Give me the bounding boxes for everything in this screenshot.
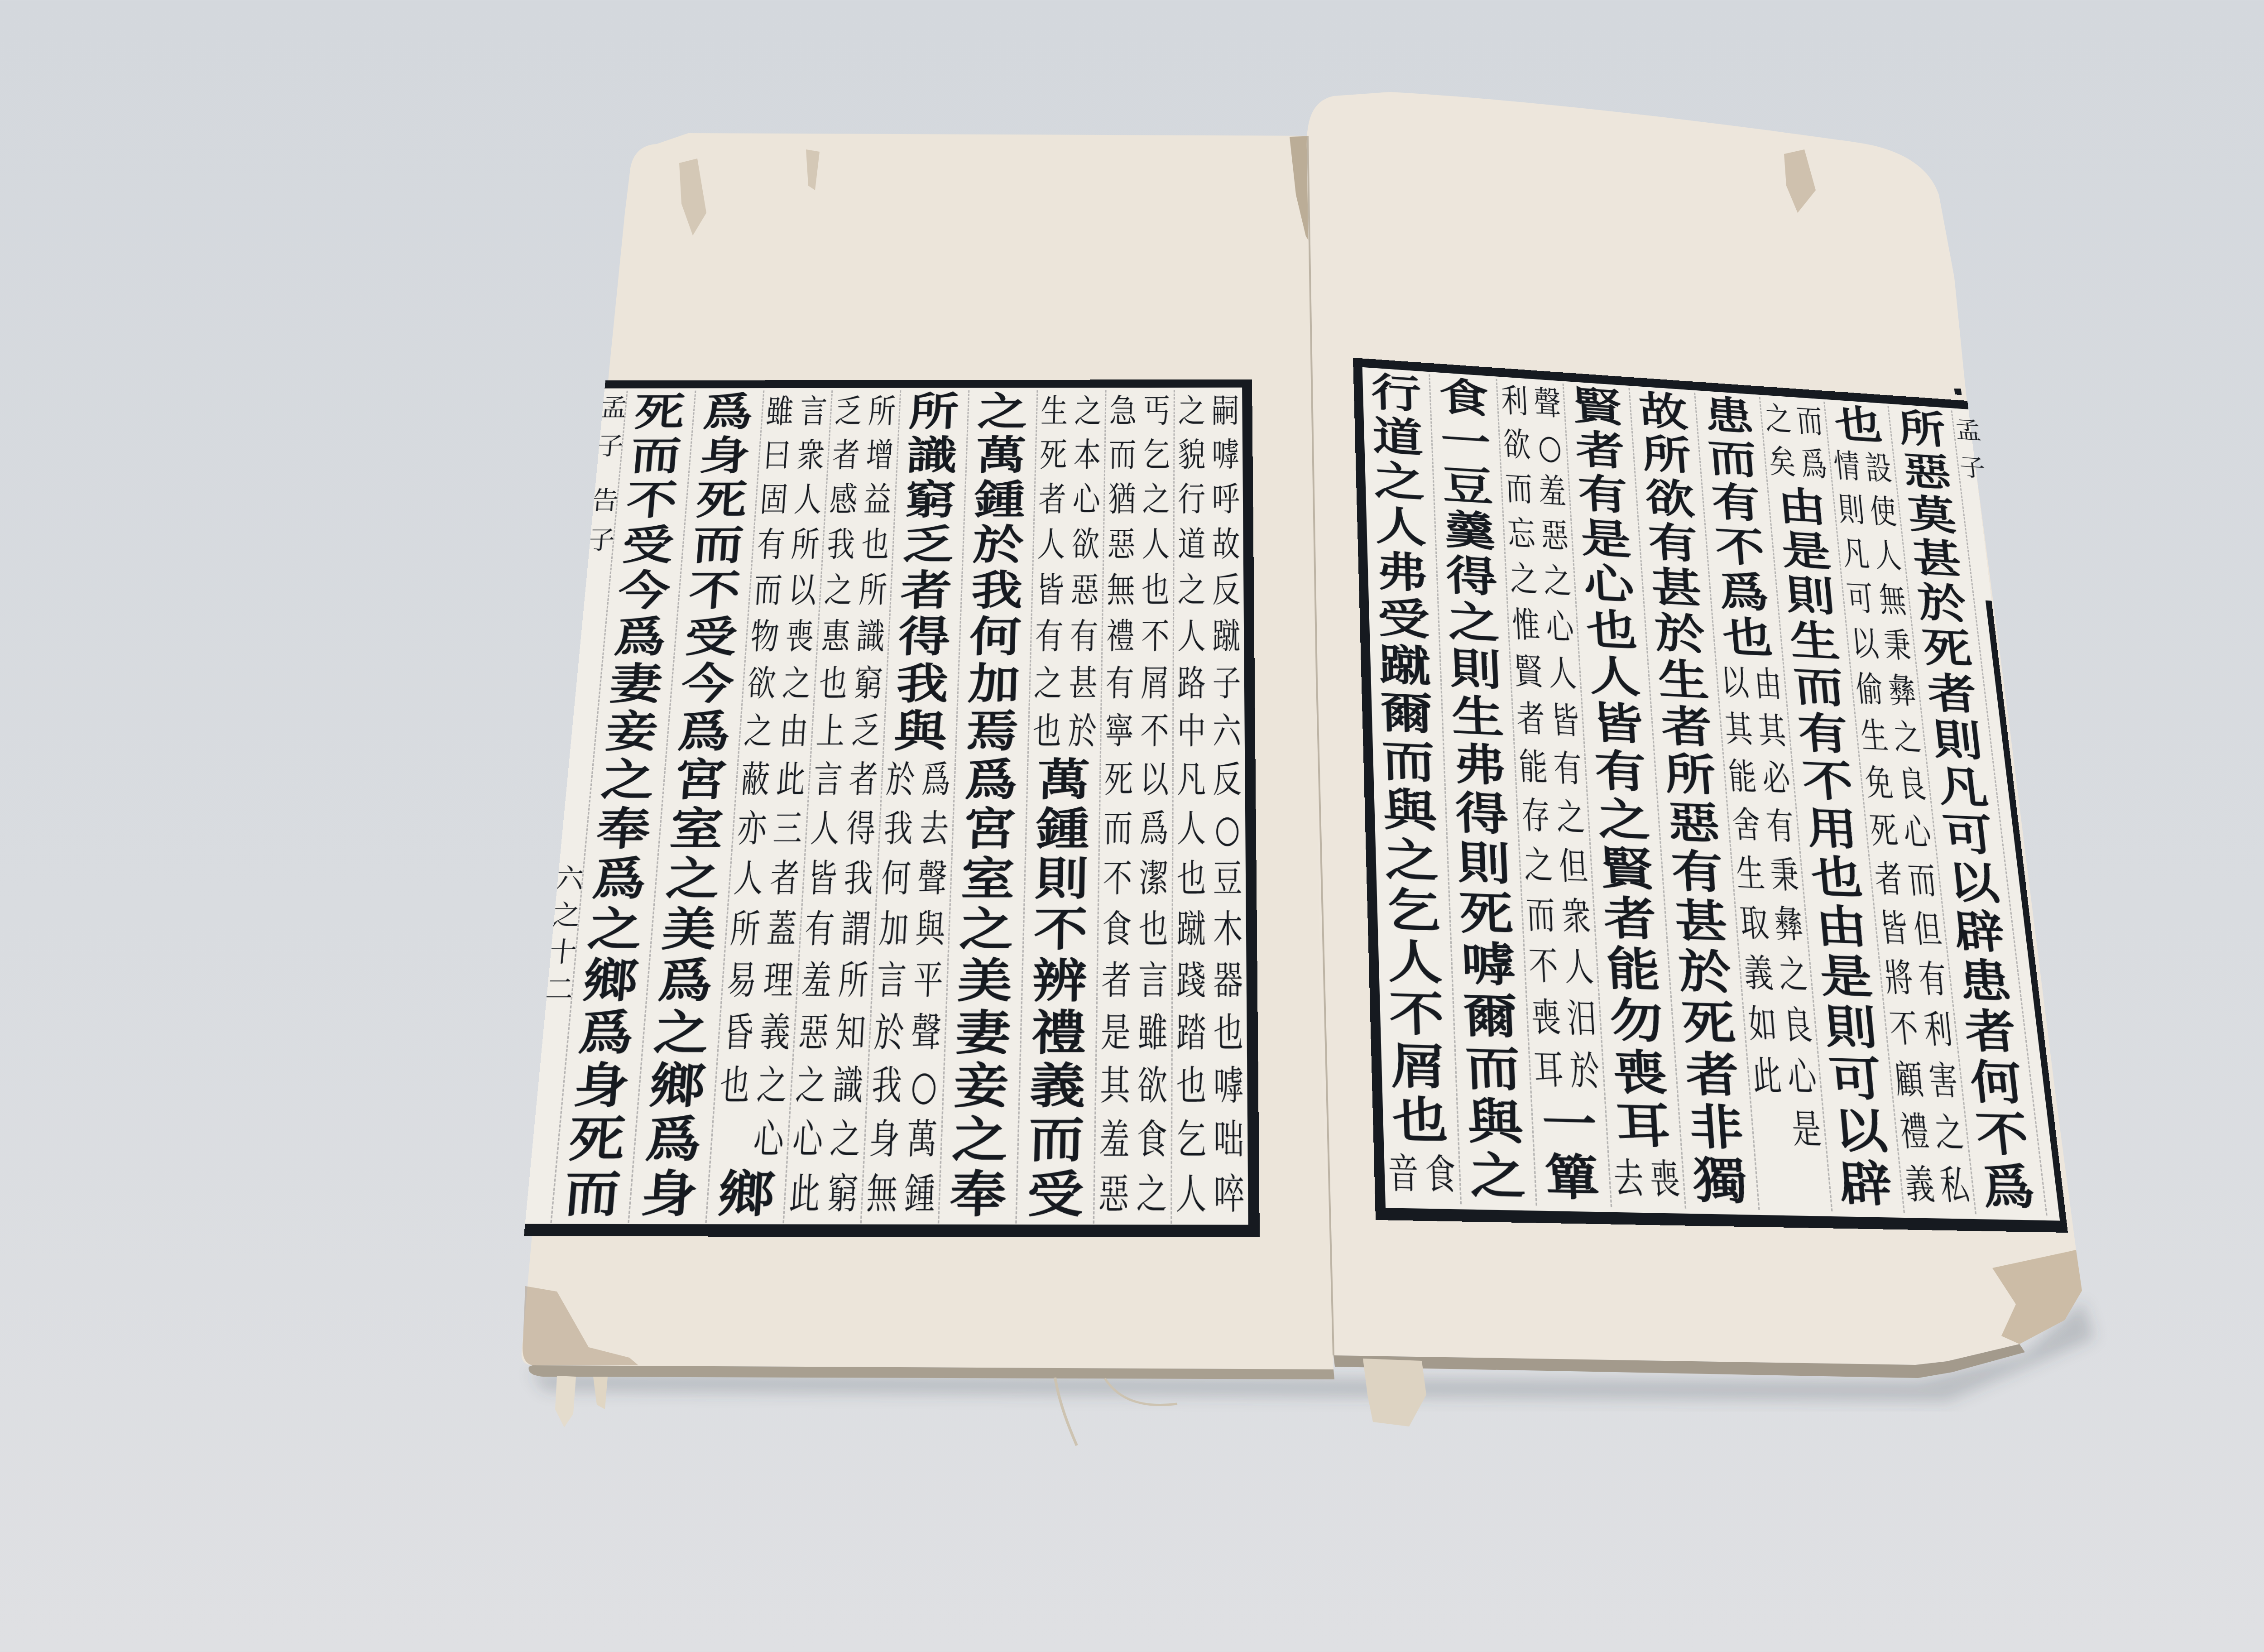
- glyph: 惡: [1890, 448, 1965, 496]
- glyph: 爲: [629, 1113, 718, 1167]
- glyph: 由: [1764, 483, 1840, 532]
- glyph: 窮: [824, 1162, 861, 1228]
- glyph: 鍾: [1022, 805, 1103, 854]
- glyph: 之: [1455, 1148, 1540, 1205]
- glyph: 於: [1567, 1040, 1602, 1104]
- glyph: 而: [1451, 1042, 1535, 1097]
- glyph: 之: [937, 1113, 1023, 1167]
- glyph: 於: [959, 523, 1037, 568]
- glyph: 不: [1375, 987, 1458, 1042]
- commentary-right-line: 喪: [1645, 1153, 1685, 1208]
- glyph: 有: [1565, 471, 1641, 519]
- glyph: 所: [895, 390, 972, 434]
- commentary: 食 音: [1384, 1147, 1460, 1203]
- glyph: 不: [1788, 756, 1867, 807]
- glyph: 之: [1584, 794, 1664, 846]
- glyph: 非: [1674, 1100, 1758, 1155]
- glyph: 受: [1364, 594, 1443, 644]
- glyph: 受: [670, 614, 752, 661]
- glyph: 惡: [1097, 1162, 1131, 1228]
- glyph: 生: [1776, 617, 1853, 667]
- glyph: 所: [1650, 749, 1730, 801]
- glyph: 也: [716, 1054, 753, 1118]
- glyph: 啐: [1212, 1162, 1246, 1228]
- glyph: 獨: [1678, 1153, 1762, 1209]
- glyph: 有: [1698, 479, 1775, 527]
- glyph: 人: [1374, 935, 1457, 989]
- glyph: 之: [572, 904, 658, 956]
- glyph: 也: [1031, 703, 1063, 761]
- glyph: 羹: [1431, 506, 1508, 556]
- glyph: 妻: [941, 1007, 1026, 1060]
- glyph: 惡: [1654, 797, 1734, 850]
- glyph: 死: [620, 391, 699, 434]
- glyph: 不: [674, 568, 755, 614]
- glyph: 識: [893, 434, 971, 478]
- glyph: 耳: [1602, 1099, 1685, 1154]
- glyph: 奉: [935, 1167, 1021, 1223]
- glyph: 人: [1362, 502, 1439, 552]
- glyph: 用: [1793, 803, 1872, 855]
- fishtail-mark: [1954, 388, 1962, 395]
- glyph: 之: [1135, 1162, 1169, 1228]
- glyph: 今: [667, 661, 748, 708]
- glyph: 則: [1444, 837, 1525, 890]
- glyph: 皆: [1578, 698, 1657, 749]
- glyph: 之: [1371, 834, 1453, 888]
- glyph: 而: [1695, 435, 1770, 483]
- glyph: 而: [678, 523, 758, 568]
- glyph: 而: [1780, 663, 1858, 713]
- commentary-left-line: 去: [1609, 1152, 1648, 1207]
- glyph: 也: [1378, 1093, 1463, 1148]
- glyph: 欲: [1632, 475, 1708, 523]
- glyph: 者: [1562, 427, 1638, 475]
- glyph: 蹴: [1366, 640, 1445, 692]
- glyph: 死: [1909, 624, 1986, 673]
- glyph: 音: [1386, 1142, 1421, 1208]
- main-text: 一簞: [1532, 1097, 1611, 1206]
- glyph: 爲: [576, 854, 662, 904]
- glyph: 美: [647, 904, 732, 956]
- glyph: 爲: [689, 390, 767, 434]
- glyph: 之: [964, 390, 1041, 434]
- glyph: 美: [943, 956, 1026, 1007]
- glyph: 賢: [1560, 383, 1636, 431]
- glyph: 鄉: [702, 1167, 791, 1222]
- glyph: 有: [1581, 746, 1660, 797]
- glyph: 何: [955, 614, 1035, 660]
- glyph: 患: [1692, 393, 1767, 440]
- glyph: 是: [1568, 515, 1645, 564]
- glyph: 是: [1768, 527, 1845, 576]
- commentary: 丐乞之人也不屑不以爲潔也言雖欲食之 急而猶惡無禮有寧死而不食者是其羞惡: [1094, 390, 1174, 1223]
- glyph: 鍾: [902, 1162, 937, 1228]
- glyph: 死: [681, 478, 761, 523]
- text-column: 丐乞之人也不屑不以爲潔也言雖欲食之 急而猶惡無禮有寧死而不食者是其羞惡: [1093, 390, 1174, 1224]
- glyph: 弗: [1440, 740, 1520, 792]
- glyph: 爲: [950, 756, 1031, 805]
- glyph: 所: [1885, 406, 1960, 453]
- glyph: 奉: [581, 805, 666, 854]
- glyph: 爾: [1449, 989, 1532, 1044]
- glyph: 萬: [962, 434, 1040, 478]
- glyph: 之: [638, 1007, 724, 1060]
- glyph: 之: [945, 904, 1028, 956]
- glyph: 而: [547, 1167, 637, 1222]
- glyph: 禮: [1017, 1007, 1100, 1060]
- torn-flap: [555, 1376, 576, 1427]
- glyph: 爲: [662, 708, 745, 756]
- glyph: 不: [1019, 904, 1102, 956]
- glyph: 今: [603, 568, 685, 614]
- glyph: 心: [1570, 560, 1648, 610]
- glyph: 勿: [1595, 994, 1678, 1048]
- commentary: 喪 去: [1609, 1152, 1685, 1208]
- glyph: 簞: [1530, 1150, 1615, 1206]
- glyph: 則: [1810, 1001, 1892, 1055]
- main-text: 鄉: [707, 1167, 786, 1222]
- glyph: 可: [1928, 810, 2008, 861]
- commentary-left-line: 音: [1384, 1147, 1423, 1203]
- glyph: 心: [750, 1108, 787, 1173]
- glyph: 喪: [1598, 1046, 1682, 1101]
- glyph: 此: [1749, 1045, 1785, 1109]
- glyph: 嘑: [1447, 938, 1530, 992]
- glyph: 不: [1702, 523, 1778, 572]
- glyph: 甚: [1660, 895, 1742, 948]
- glyph: 耳: [1531, 1039, 1566, 1103]
- glyph: 辟: [1823, 1157, 1907, 1212]
- glyph: 與: [880, 708, 961, 756]
- glyph: 於: [1641, 609, 1719, 659]
- glyph: 行: [1358, 370, 1434, 418]
- glyph: 我: [957, 568, 1036, 614]
- commentary: 之本心欲惡有甚於 生死者人皆有之也: [1029, 390, 1105, 756]
- commentary-right-line: 之本心欲惡有甚於: [1064, 390, 1105, 756]
- glyph: 人: [1575, 652, 1654, 702]
- glyph: 萬: [1023, 756, 1104, 805]
- glyph: 喪: [1647, 1148, 1683, 1213]
- glyph: 之: [1361, 457, 1438, 507]
- commentary-right-line: 嗣嘑呼故反蹴子六反○豆木器也嘑咄啐: [1209, 390, 1248, 1223]
- glyph: 賢: [1587, 843, 1668, 896]
- glyph: 者: [887, 568, 966, 614]
- glyph: 者: [1671, 1048, 1754, 1102]
- glyph: 室: [655, 805, 739, 854]
- glyph: 鄉: [633, 1060, 721, 1113]
- glyph: 無: [864, 1162, 900, 1228]
- torn-flap: [593, 1377, 608, 1409]
- glyph: 此: [786, 1162, 823, 1228]
- torn-flap: [1363, 1359, 1426, 1426]
- glyph: 一: [1528, 1097, 1612, 1152]
- glyph: 辟: [1939, 906, 2019, 958]
- glyph: 身: [557, 1060, 645, 1113]
- glyph: 甚: [1899, 535, 1975, 584]
- glyph: 妻: [595, 661, 677, 708]
- glyph: 鍾: [961, 478, 1039, 523]
- glyph: 於: [1904, 579, 1980, 628]
- glyph: 凡: [1923, 762, 2002, 813]
- glyph: 屑: [1377, 1039, 1460, 1095]
- glyph: 患: [1944, 956, 2025, 1008]
- glyph: 與: [1370, 785, 1451, 838]
- glyph: 於: [1066, 703, 1098, 761]
- glyph: 者: [1589, 893, 1671, 946]
- glyph: 宮: [948, 805, 1030, 854]
- glyph: 而: [1368, 736, 1449, 788]
- glyph: 辨: [1018, 956, 1101, 1007]
- glyph: 弗: [1363, 547, 1441, 598]
- glyph: 者: [1914, 669, 1991, 719]
- commentary-right-line: 丐乞之人也不屑不以爲潔也言雖欲食之: [1132, 390, 1174, 1223]
- glyph: 爲: [1967, 1160, 2050, 1215]
- glyph: 去: [1611, 1147, 1646, 1212]
- glyph: 我: [882, 661, 963, 708]
- glyph: 一: [1428, 418, 1504, 466]
- right-page-text-frame: 孟子 所惡莫甚於死者則凡可以辟患者何不爲 也 設使人無秉彝之良心而但有利害之私 …: [1353, 358, 2068, 1233]
- glyph: 有: [1635, 519, 1712, 568]
- glyph: 食: [1426, 374, 1501, 423]
- glyph: 爲: [642, 955, 728, 1007]
- glyph: 莫: [1894, 491, 1970, 539]
- glyph: 受: [608, 523, 688, 568]
- glyph: 死: [1668, 996, 1750, 1050]
- commentary-right-line: 食: [1421, 1148, 1460, 1203]
- glyph: 能: [1592, 943, 1674, 997]
- glyph: 也: [1797, 852, 1877, 904]
- glyph: 私: [1936, 1154, 1974, 1219]
- glyph: 得: [1433, 552, 1511, 602]
- glyph: 生: [1438, 692, 1518, 743]
- glyph: 是: [1788, 1098, 1825, 1162]
- commentary: 嗣嘑呼故反蹴子六反○豆木器也嘑咄啐 之貌行道之人路中凡人也蹴踐踏也乞人: [1172, 390, 1248, 1223]
- glyph: 則: [1919, 716, 1997, 766]
- text-column: 嗣嘑呼故反蹴子六反○豆木器也嘑咄啐 之貌行道之人路中凡人也蹴踐踏也乞人: [1170, 390, 1248, 1224]
- glyph: 人: [1175, 1162, 1208, 1228]
- glyph: 則: [1436, 644, 1515, 696]
- glyph: 之: [651, 854, 735, 904]
- glyph: 義: [1015, 1060, 1100, 1113]
- glyph: 死: [552, 1113, 641, 1167]
- glyph: 何: [1955, 1057, 2038, 1110]
- glyph: 者: [1950, 1006, 2032, 1059]
- glyph: 得: [884, 614, 964, 661]
- glyph: 身: [685, 434, 764, 478]
- glyph: 與: [1453, 1095, 1537, 1150]
- glyph: 而: [616, 434, 696, 478]
- glyph: 可: [1814, 1052, 1897, 1106]
- glyph: 乞: [1372, 884, 1454, 938]
- glyph: 爾: [1367, 688, 1447, 740]
- commentary: 而爲 之矣: [1760, 397, 1832, 487]
- glyph: 受: [1012, 1167, 1098, 1223]
- glyph: 死: [1445, 887, 1527, 941]
- glyph: 爲: [599, 614, 681, 661]
- glyph: 不: [1961, 1108, 2043, 1162]
- glyph: 加: [954, 661, 1034, 708]
- glyph: 鄉: [567, 955, 654, 1007]
- glyph: 而: [1014, 1113, 1099, 1167]
- glyph: 由: [1801, 901, 1882, 953]
- glyph: 不: [612, 478, 692, 523]
- glyph: 豆: [1429, 461, 1506, 511]
- left-page-text-frame: 孟子 告子 六之十二 嗣嘑呼故反蹴子六反○豆木器也嘑咄啐 之貌行道之人路中凡人也…: [524, 379, 1260, 1237]
- glyph: 生: [1644, 655, 1722, 706]
- glyph: 是: [1805, 951, 1887, 1004]
- glyph: 身: [625, 1167, 714, 1222]
- glyph: 窮: [891, 478, 969, 523]
- glyph: 妾: [590, 708, 674, 756]
- glyph: 爲: [1705, 567, 1783, 617]
- glyph: 者: [1647, 702, 1727, 753]
- glyph: 於: [1664, 946, 1746, 999]
- glyph: 以: [1934, 858, 2014, 909]
- glyph: 以: [1819, 1104, 1902, 1158]
- glyph: 有: [1784, 709, 1863, 759]
- glyph: 甚: [1638, 564, 1715, 614]
- glyph: 故: [1626, 388, 1701, 436]
- glyph: 乏: [889, 523, 968, 568]
- glyph: 宮: [658, 756, 742, 805]
- glyph: 之: [586, 756, 670, 805]
- glyph: 則: [1772, 571, 1849, 621]
- glyph: 得: [1442, 788, 1522, 840]
- glyph: 矣: [1765, 436, 1799, 490]
- glyph: 有: [1657, 846, 1738, 898]
- glyph: 之: [1434, 598, 1513, 648]
- glyph: 妾: [939, 1060, 1024, 1113]
- glyph: 焉: [952, 708, 1032, 756]
- glyph: 爲: [562, 1007, 650, 1060]
- glyph: 所: [1629, 431, 1704, 480]
- glyph: 道: [1360, 413, 1436, 462]
- glyph: 室: [946, 854, 1029, 904]
- glyph: 也: [1573, 605, 1650, 656]
- glyph: 食: [1423, 1143, 1458, 1209]
- commentary-left-line: 之貌行道之人路中凡人也蹴踐踏也乞人: [1172, 390, 1210, 1223]
- glyph: 則: [1021, 854, 1103, 904]
